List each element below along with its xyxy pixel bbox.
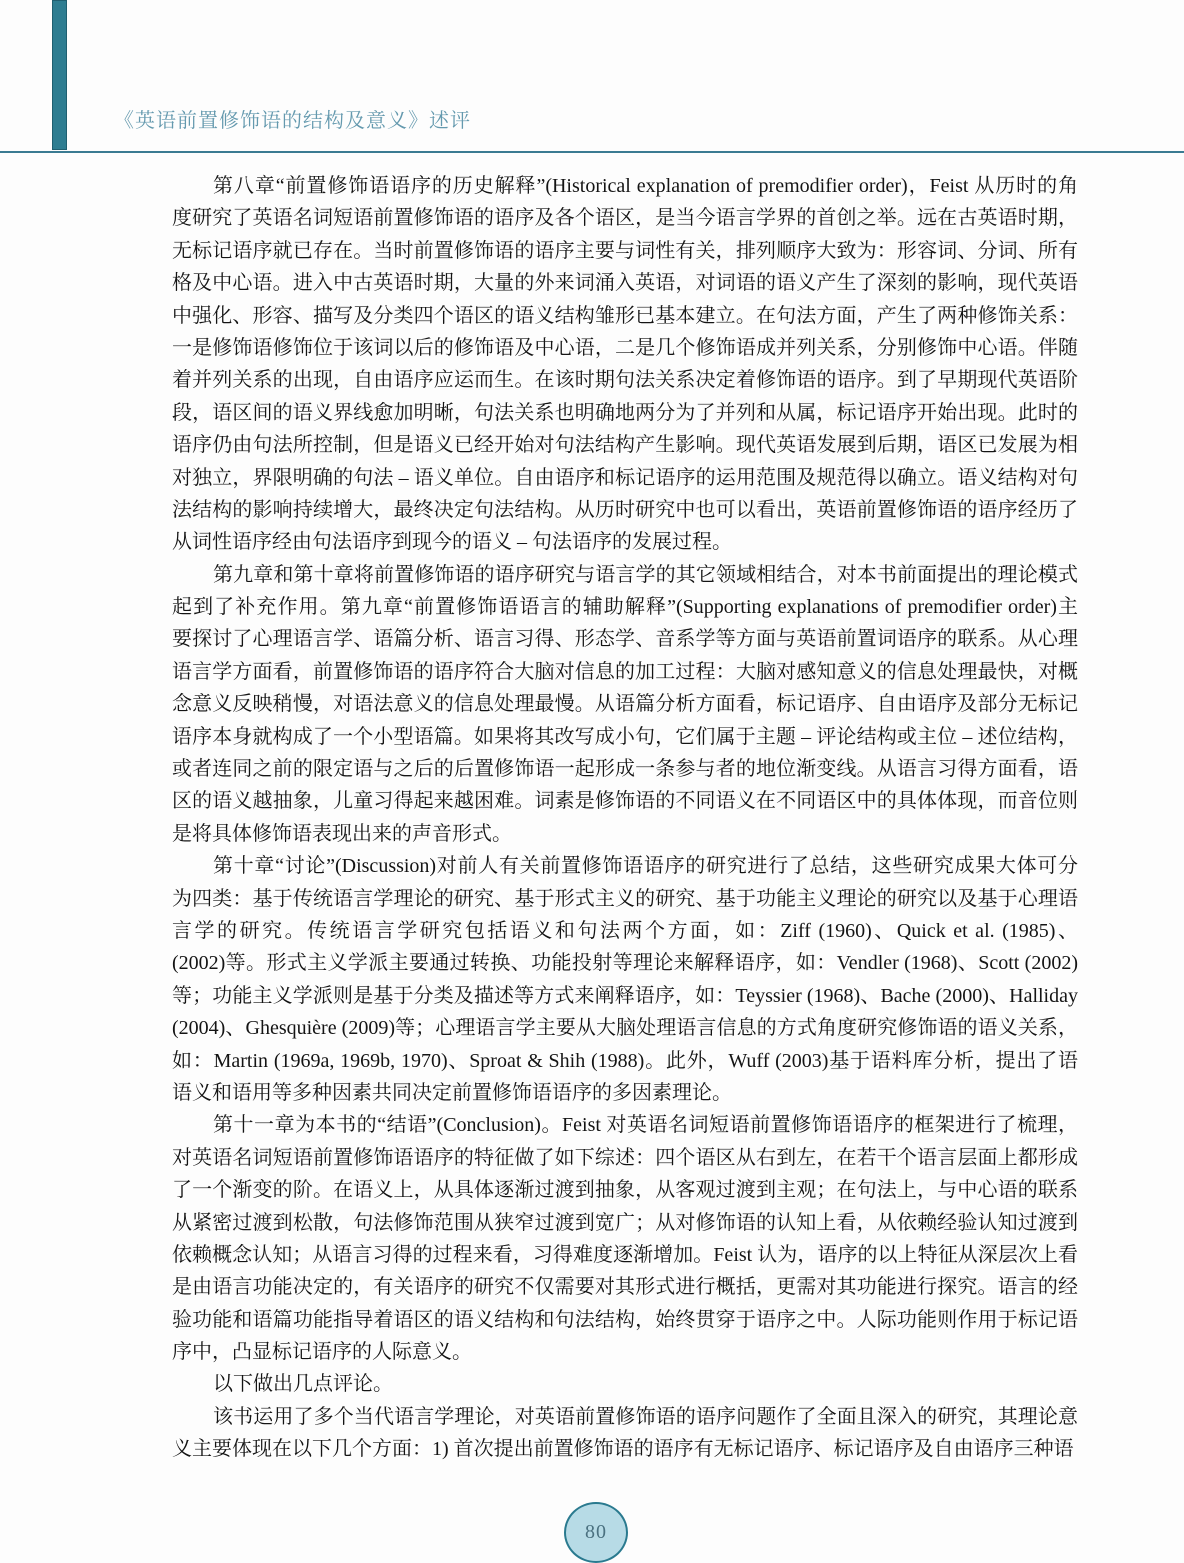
text-line: 段，语区间的语义界线愈加明晰，句法关系也明确地两分为了并列和从属，标记语序开始出… [172, 397, 1078, 429]
text-line: 要探讨了心理语言学、语篇分析、语言习得、形态学、音系学等方面与英语前置词语序的联… [172, 623, 1078, 655]
text-line: 该书运用了多个当代语言学理论，对英语前置修饰语的语序问题作了全面且深入的研究，其… [172, 1401, 1078, 1433]
text-line: 第十一章为本书的“结语”(Conclusion)。Feist 对英语名词短语前置… [172, 1109, 1078, 1141]
text-line: 为四类：基于传统语言学理论的研究、基于形式主义的研究、基于功能主义理论的研究以及… [172, 883, 1078, 915]
text-line: 语义和语用等多种因素共同决定前置修饰语语序的多因素理论。 [172, 1077, 1078, 1109]
paragraph: 以下做出几点评论。 [172, 1368, 1078, 1400]
text-line: 着并列关系的出现，自由语序应运而生。在该时期句法关系决定着修饰语的语序。到了早期… [172, 364, 1078, 396]
text-line: 念意义反映稍慢，对语法意义的信息处理最慢。从语篇分析方面看，标记语序、自由语序及… [172, 688, 1078, 720]
text-line: 第九章和第十章将前置修饰语的语序研究与语言学的其它领域相结合，对本书前面提出的理… [172, 559, 1078, 591]
text-line: 语序仍由句法所控制，但是语义已经开始对句法结构产生影响。现代英语发展到后期，语区… [172, 429, 1078, 461]
text-line: 是由语言功能决定的，有关语序的研究不仅需要对其形式进行概括，更需对其功能进行探究… [172, 1271, 1078, 1303]
document-page: 《英语前置修饰语的结构及意义》述评 第八章“前置修饰语语序的历史解释”(Hist… [0, 0, 1184, 1563]
text-line: (2002)等。形式主义学派主要通过转换、功能投射等理论来解释语序，如：Vend… [172, 947, 1078, 979]
text-line: 验功能和语篇功能指导着语区的语义结构和句法结构，始终贯穿于语序之中。人际功能则作… [172, 1304, 1078, 1336]
text-line: 序中，凸显标记语序的人际意义。 [172, 1336, 1078, 1368]
text-line: 度研究了英语名词短语前置修饰语的语序及各个语区，是当今语言学界的首创之举。远在古… [172, 202, 1078, 234]
page-title: 《英语前置修饰语的结构及意义》述评 [114, 104, 471, 133]
text-line: 起到了补充作用。第九章“前置修饰语语言的辅助解释”(Supporting exp… [172, 591, 1078, 623]
text-line: 对英语名词短语前置修饰语语序的特征做了如下综述：四个语区从右到左，在若干个语言层… [172, 1142, 1078, 1174]
text-line: 对独立，界限明确的句法 – 语义单位。自由语序和标记语序的运用范围及规范得以确立… [172, 462, 1078, 494]
text-line: 中强化、形容、描写及分类四个语区的语义结构雏形已基本建立。在句法方面，产生了两种… [172, 300, 1078, 332]
text-line: 一是修饰语修饰位于该词以后的修饰语及中心语，二是几个修饰语成并列关系，分别修饰中… [172, 332, 1078, 364]
paragraph: 第八章“前置修饰语语序的历史解释”(Historical explanation… [172, 170, 1078, 559]
paragraph: 第十章“讨论”(Discussion)对前人有关前置修饰语语序的研究进行了总结，… [172, 850, 1078, 1109]
text-line: 依赖概念认知；从语言习得的过程来看，习得难度逐渐增加。Feist 认为，语序的以… [172, 1239, 1078, 1271]
paragraph: 该书运用了多个当代语言学理论，对英语前置修饰语的语序问题作了全面且深入的研究，其… [172, 1401, 1078, 1466]
text-line: 无标记语序就已存在。当时前置修饰语的语序主要与词性有关，排列顺序大致为：形容词、… [172, 235, 1078, 267]
text-line: 从紧密过渡到松散，句法修饰范围从狭窄过渡到宽广；从对修饰语的认知上看，从依赖经验… [172, 1207, 1078, 1239]
text-line: 区的语义越抽象，儿童习得起来越困难。词素是修饰语的不同语义在不同语区中的具体体现… [172, 785, 1078, 817]
paragraph: 第十一章为本书的“结语”(Conclusion)。Feist 对英语名词短语前置… [172, 1109, 1078, 1368]
text-line: 等；功能主义学派则是基于分类及描述等方式来阐释语序，如：Teyssier (19… [172, 980, 1078, 1012]
text-line: 法结构的影响持续增大，最终决定句法结构。从历时研究中也可以看出，英语前置修饰语的… [172, 494, 1078, 526]
text-line: 言学的研究。传统语言学研究包括语义和句法两个方面，如：Ziff (1960)、Q… [172, 915, 1078, 947]
document-body: 第八章“前置修饰语语序的历史解释”(Historical explanation… [172, 170, 1078, 1466]
text-line: 是将具体修饰语表现出来的声音形式。 [172, 818, 1078, 850]
header-divider [0, 151, 1184, 153]
text-line: 义主要体现在以下几个方面：1) 首次提出前置修饰语的语序有无标记语序、标记语序及… [172, 1433, 1078, 1465]
text-line: 从词性语序经由句法语序到现今的语义 – 句法语序的发展过程。 [172, 526, 1078, 558]
text-line: 或者连同之前的限定语与之后的后置修饰语一起形成一条参与者的地位渐变线。从语言习得… [172, 753, 1078, 785]
header-accent-bar [52, 0, 67, 150]
text-line: 第八章“前置修饰语语序的历史解释”(Historical explanation… [172, 170, 1078, 202]
text-line: 语言学方面看，前置修饰语的语序符合大脑对信息的加工过程：大脑对感知意义的信息处理… [172, 656, 1078, 688]
text-line: 以下做出几点评论。 [172, 1368, 1078, 1400]
text-line: (2004)、Ghesquière (2009)等；心理语言学主要从大脑处理语言… [172, 1012, 1078, 1044]
page-number-badge: 80 [564, 1502, 628, 1563]
text-line: 格及中心语。进入中古英语时期，大量的外来词涌入英语，对词语的语义产生了深刻的影响… [172, 267, 1078, 299]
text-line: 语序本身就构成了一个小型语篇。如果将其改写成小句，它们属于主题 – 评论结构或主… [172, 721, 1078, 753]
text-line: 如：Martin (1969a, 1969b, 1970)、Sproat & S… [172, 1045, 1078, 1077]
page-number: 80 [585, 1521, 607, 1544]
text-line: 第十章“讨论”(Discussion)对前人有关前置修饰语语序的研究进行了总结，… [172, 850, 1078, 882]
paragraph: 第九章和第十章将前置修饰语的语序研究与语言学的其它领域相结合，对本书前面提出的理… [172, 559, 1078, 851]
text-line: 了一个渐变的阶。在语义上，从具体逐渐过渡到抽象，从客观过渡到主观；在句法上，与中… [172, 1174, 1078, 1206]
